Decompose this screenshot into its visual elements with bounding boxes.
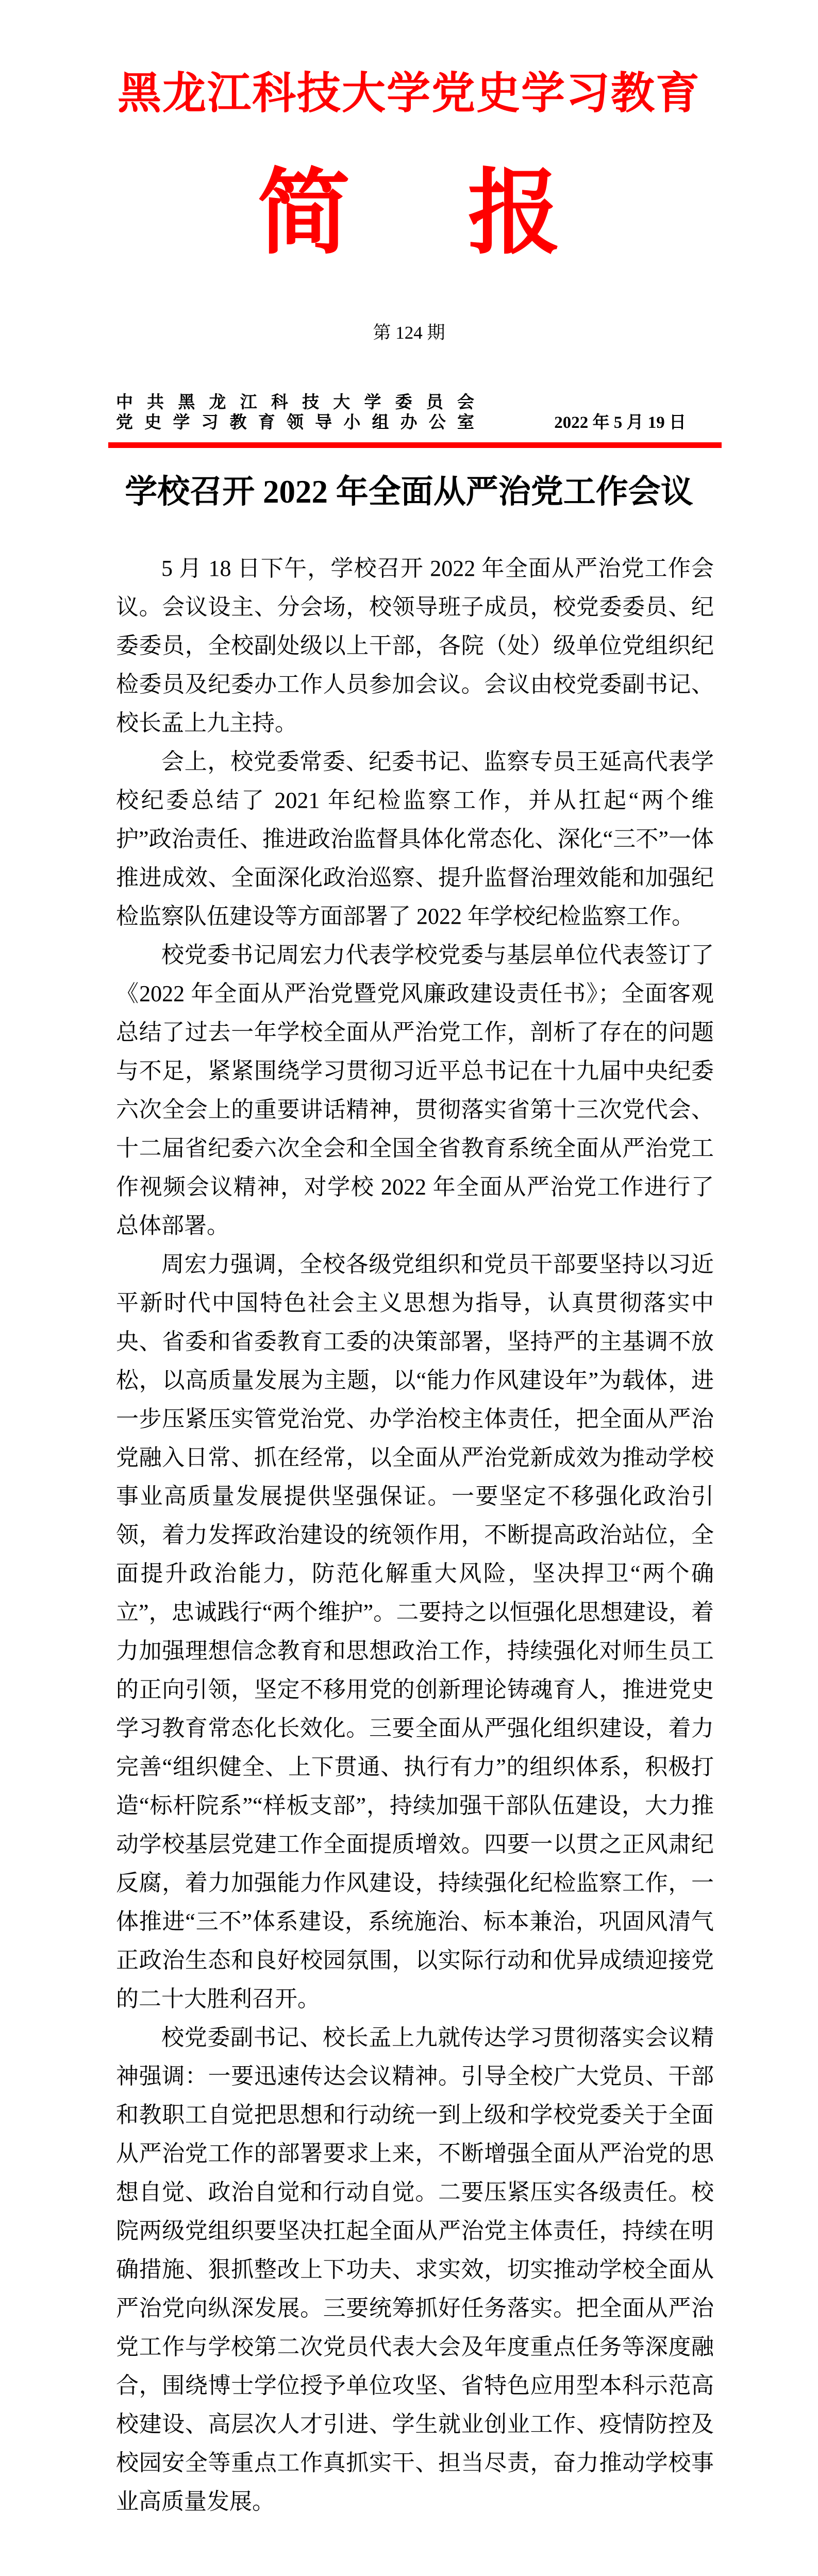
body-paragraph: 校党委副书记、校长孟上九就传达学习贯彻落实会议精神强调：一要迅速传达会议精神。引… xyxy=(116,2018,714,2521)
body-paragraph: 会上，校党委常委、纪委书记、监察专员王延高代表学校纪委总结了 2021 年纪检监… xyxy=(116,742,714,936)
org-block: 中共黑龙江科技大学委员会 党史学习教育领导小组办公室 2022 年 5 月 19… xyxy=(116,393,714,433)
bulletin-title: 简 报 xyxy=(0,168,818,260)
issue-number: 第 124 期 xyxy=(0,322,818,344)
article: 学校召开 2022 年全面从严治党工作会议 5 月 18 日下午，学校召开 20… xyxy=(0,473,818,2521)
masthead: 黑龙江科技大学党史学习教育 简 报 第 124 期 中共黑龙江科技大学委员会 党… xyxy=(0,72,818,448)
org-line-1: 中共黑龙江科技大学委员会 xyxy=(116,393,474,413)
issuing-org: 中共黑龙江科技大学委员会 党史学习教育领导小组办公室 xyxy=(116,393,474,433)
red-divider xyxy=(108,442,722,448)
bulletin-char-jian: 简 xyxy=(257,168,350,260)
article-body: 5 月 18 日下午，学校召开 2022 年全面从严治党工作会议。会议设主、分会… xyxy=(116,549,714,2521)
org-line-2: 党史学习教育领导小组办公室 xyxy=(116,413,474,433)
body-paragraph: 5 月 18 日下午，学校召开 2022 年全面从严治党工作会议。会议设主、分会… xyxy=(116,549,714,742)
masthead-title: 黑龙江科技大学党史学习教育 xyxy=(0,72,818,116)
issue-date: 2022 年 5 月 19 日 xyxy=(554,413,686,433)
bulletin-char-bao: 报 xyxy=(468,168,561,260)
body-paragraph: 校党委书记周宏力代表学校党委与基层单位代表签订了《2022 年全面从严治党暨党风… xyxy=(116,936,714,1245)
bulletin-page: 黑龙江科技大学党史学习教育 简 报 第 124 期 中共黑龙江科技大学委员会 党… xyxy=(0,0,818,2576)
body-paragraph: 周宏力强调，全校各级党组织和党员干部要坚持以习近平新时代中国特色社会主义思想为指… xyxy=(116,1245,714,2018)
article-headline: 学校召开 2022 年全面从严治党工作会议 xyxy=(0,473,818,512)
